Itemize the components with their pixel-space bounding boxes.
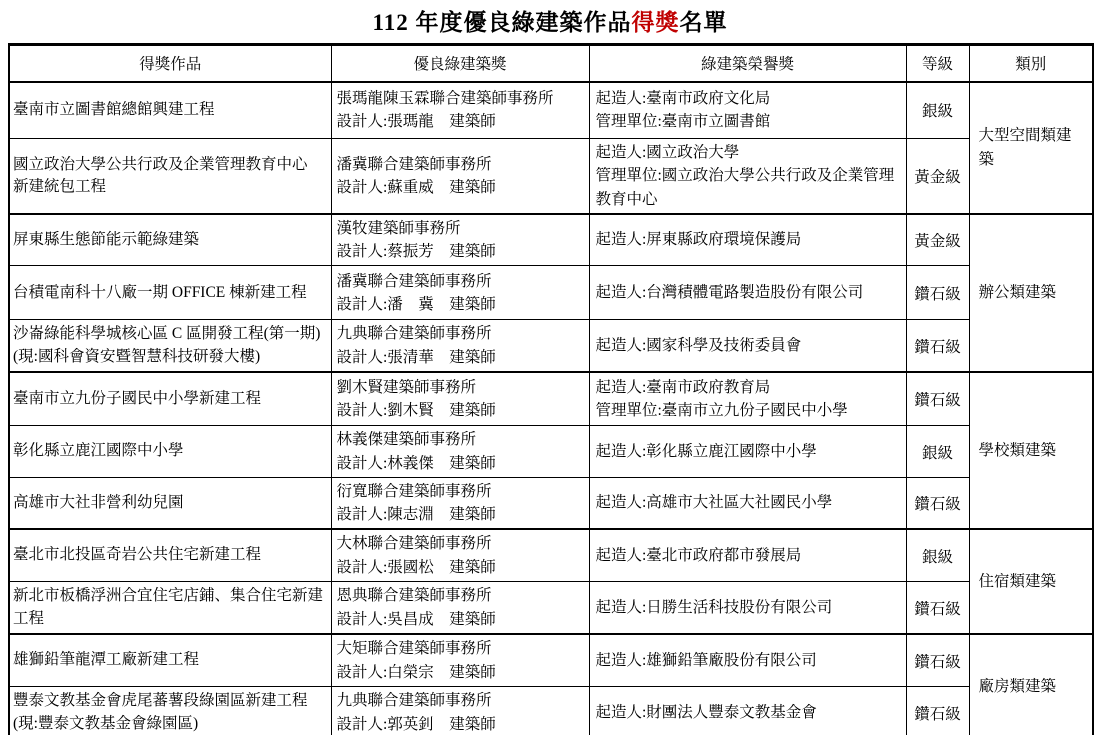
work-cell: 豐泰文教基金會虎尾蕃薯段綠園區新建工程(現:豐泰文教基金會綠園區) — [9, 686, 331, 735]
firm-cell: 漢牧建築師事務所設計人:蔡振芳 建築師 — [331, 214, 589, 266]
table-row: 雄獅鉛筆龍潭工廠新建工程 大矩聯合建築師事務所設計人:白榮宗 建築師 起造人:雄… — [9, 634, 1093, 686]
table-row: 沙崙綠能科學城核心區 C 區開發工程(第一期)(現:國科會資安暨智慧科技研發大樓… — [9, 320, 1093, 372]
grade-cell: 鑽石級 — [906, 634, 969, 686]
page-title: 112 年度優良綠建築作品得獎名單 — [0, 9, 1100, 37]
table-row: 臺南市立圖書館總館興建工程 張瑪龍陳玉霖聯合建築師事務所設計人:張瑪龍 建築師 … — [9, 82, 1093, 139]
work-cell: 新北市板橋浮洲合宜住宅店鋪、集合住宅新建工程 — [9, 581, 331, 634]
firm-cell: 張瑪龍陳玉霖聯合建築師事務所設計人:張瑪龍 建築師 — [331, 82, 589, 139]
firm-cell: 九典聯合建築師事務所設計人:郭英釗 建築師 — [331, 686, 589, 735]
header-work: 得獎作品 — [9, 44, 331, 82]
header-row: 得獎作品 優良綠建築獎 綠建築榮譽獎 等級 類別 — [9, 44, 1093, 82]
title-suffix: 名單 — [679, 10, 727, 35]
awards-table: 得獎作品 優良綠建築獎 綠建築榮譽獎 等級 類別 臺南市立圖書館總館興建工程 張… — [8, 43, 1094, 735]
category-cell: 大型空間類建築 — [969, 82, 1093, 214]
firm-cell: 衍寬聯合建築師事務所設計人:陳志淵 建築師 — [331, 477, 589, 529]
category-cell: 學校類建築 — [969, 372, 1093, 530]
work-cell: 臺北市北投區奇岩公共住宅新建工程 — [9, 529, 331, 581]
honor-cell: 起造人:臺北市政府都市發展局 — [589, 529, 906, 581]
grade-cell: 黃金級 — [906, 139, 969, 214]
table-row: 高雄市大社非營利幼兒園 衍寬聯合建築師事務所設計人:陳志淵 建築師 起造人:高雄… — [9, 477, 1093, 529]
grade-cell: 銀級 — [906, 426, 969, 478]
firm-cell: 恩典聯合建築師事務所設計人:吳昌成 建築師 — [331, 581, 589, 634]
table-row: 屏東縣生態節能示範綠建築 漢牧建築師事務所設計人:蔡振芳 建築師 起造人:屏東縣… — [9, 214, 1093, 266]
firm-cell: 大矩聯合建築師事務所設計人:白榮宗 建築師 — [331, 634, 589, 686]
work-cell: 臺南市立九份子國民中小學新建工程 — [9, 372, 331, 426]
table-row: 彰化縣立鹿江國際中小學 林義傑建築師事務所設計人:林義傑 建築師 起造人:彰化縣… — [9, 426, 1093, 478]
honor-cell: 起造人:臺南市政府教育局管理單位:臺南市立九份子國民中小學 — [589, 372, 906, 426]
honor-cell: 起造人:國家科學及技術委員會 — [589, 320, 906, 372]
grade-cell: 鑽石級 — [906, 581, 969, 634]
header-award: 優良綠建築獎 — [331, 44, 589, 82]
honor-cell: 起造人:高雄市大社區大社國民小學 — [589, 477, 906, 529]
table-row: 國立政治大學公共行政及企業管理教育中心新建統包工程 潘冀聯合建築師事務所設計人:… — [9, 139, 1093, 214]
grade-cell: 鑽石級 — [906, 266, 969, 320]
grade-cell: 鑽石級 — [906, 372, 969, 426]
work-cell: 台積電南科十八廠一期 OFFICE 棟新建工程 — [9, 266, 331, 320]
work-cell: 屏東縣生態節能示範綠建築 — [9, 214, 331, 266]
grade-cell: 鑽石級 — [906, 686, 969, 735]
firm-cell: 潘冀聯合建築師事務所設計人:潘 冀 建築師 — [331, 266, 589, 320]
category-cell: 廠房類建築 — [969, 634, 1093, 735]
table-row: 新北市板橋浮洲合宜住宅店鋪、集合住宅新建工程 恩典聯合建築師事務所設計人:吳昌成… — [9, 581, 1093, 634]
firm-cell: 劉木賢建築師事務所設計人:劉木賢 建築師 — [331, 372, 589, 426]
table-row: 豐泰文教基金會虎尾蕃薯段綠園區新建工程(現:豐泰文教基金會綠園區) 九典聯合建築… — [9, 686, 1093, 735]
firm-cell: 大林聯合建築師事務所設計人:張國松 建築師 — [331, 529, 589, 581]
grade-cell: 銀級 — [906, 529, 969, 581]
title-highlight: 得獎 — [631, 10, 679, 35]
header-grade: 等級 — [906, 44, 969, 82]
work-cell: 高雄市大社非營利幼兒園 — [9, 477, 331, 529]
header-category: 類別 — [969, 44, 1093, 82]
firm-cell: 林義傑建築師事務所設計人:林義傑 建築師 — [331, 426, 589, 478]
work-cell: 彰化縣立鹿江國際中小學 — [9, 426, 331, 478]
table-row: 台積電南科十八廠一期 OFFICE 棟新建工程 潘冀聯合建築師事務所設計人:潘 … — [9, 266, 1093, 320]
honor-cell: 起造人:臺南市政府文化局管理單位:臺南市立圖書館 — [589, 82, 906, 139]
work-cell: 國立政治大學公共行政及企業管理教育中心新建統包工程 — [9, 139, 331, 214]
honor-cell: 起造人:財團法人豐泰文教基金會 — [589, 686, 906, 735]
honor-cell: 起造人:台灣積體電路製造股份有限公司 — [589, 266, 906, 320]
grade-cell: 鑽石級 — [906, 320, 969, 372]
title-prefix: 112 年度優良綠建築作品 — [373, 10, 632, 35]
grade-cell: 銀級 — [906, 82, 969, 139]
firm-cell: 九典聯合建築師事務所設計人:張清華 建築師 — [331, 320, 589, 372]
document-page: 112 年度優良綠建築作品得獎名單 得獎作品 優良綠建築獎 綠建築榮譽獎 等級 … — [0, 0, 1100, 735]
grade-cell: 黃金級 — [906, 214, 969, 266]
honor-cell: 起造人:屏東縣政府環境保護局 — [589, 214, 906, 266]
header-honor: 綠建築榮譽獎 — [589, 44, 906, 82]
table-row: 臺北市北投區奇岩公共住宅新建工程 大林聯合建築師事務所設計人:張國松 建築師 起… — [9, 529, 1093, 581]
category-cell: 辦公類建築 — [969, 214, 1093, 372]
honor-cell: 起造人:日勝生活科技股份有限公司 — [589, 581, 906, 634]
honor-cell: 起造人:雄獅鉛筆廠股份有限公司 — [589, 634, 906, 686]
table-row: 臺南市立九份子國民中小學新建工程 劉木賢建築師事務所設計人:劉木賢 建築師 起造… — [9, 372, 1093, 426]
firm-cell: 潘冀聯合建築師事務所設計人:蘇重威 建築師 — [331, 139, 589, 214]
honor-cell: 起造人:彰化縣立鹿江國際中小學 — [589, 426, 906, 478]
work-cell: 雄獅鉛筆龍潭工廠新建工程 — [9, 634, 331, 686]
honor-cell: 起造人:國立政治大學管理單位:國立政治大學公共行政及企業管理教育中心 — [589, 139, 906, 214]
work-cell: 沙崙綠能科學城核心區 C 區開發工程(第一期)(現:國科會資安暨智慧科技研發大樓… — [9, 320, 331, 372]
work-cell: 臺南市立圖書館總館興建工程 — [9, 82, 331, 139]
grade-cell: 鑽石級 — [906, 477, 969, 529]
category-cell: 住宿類建築 — [969, 529, 1093, 634]
